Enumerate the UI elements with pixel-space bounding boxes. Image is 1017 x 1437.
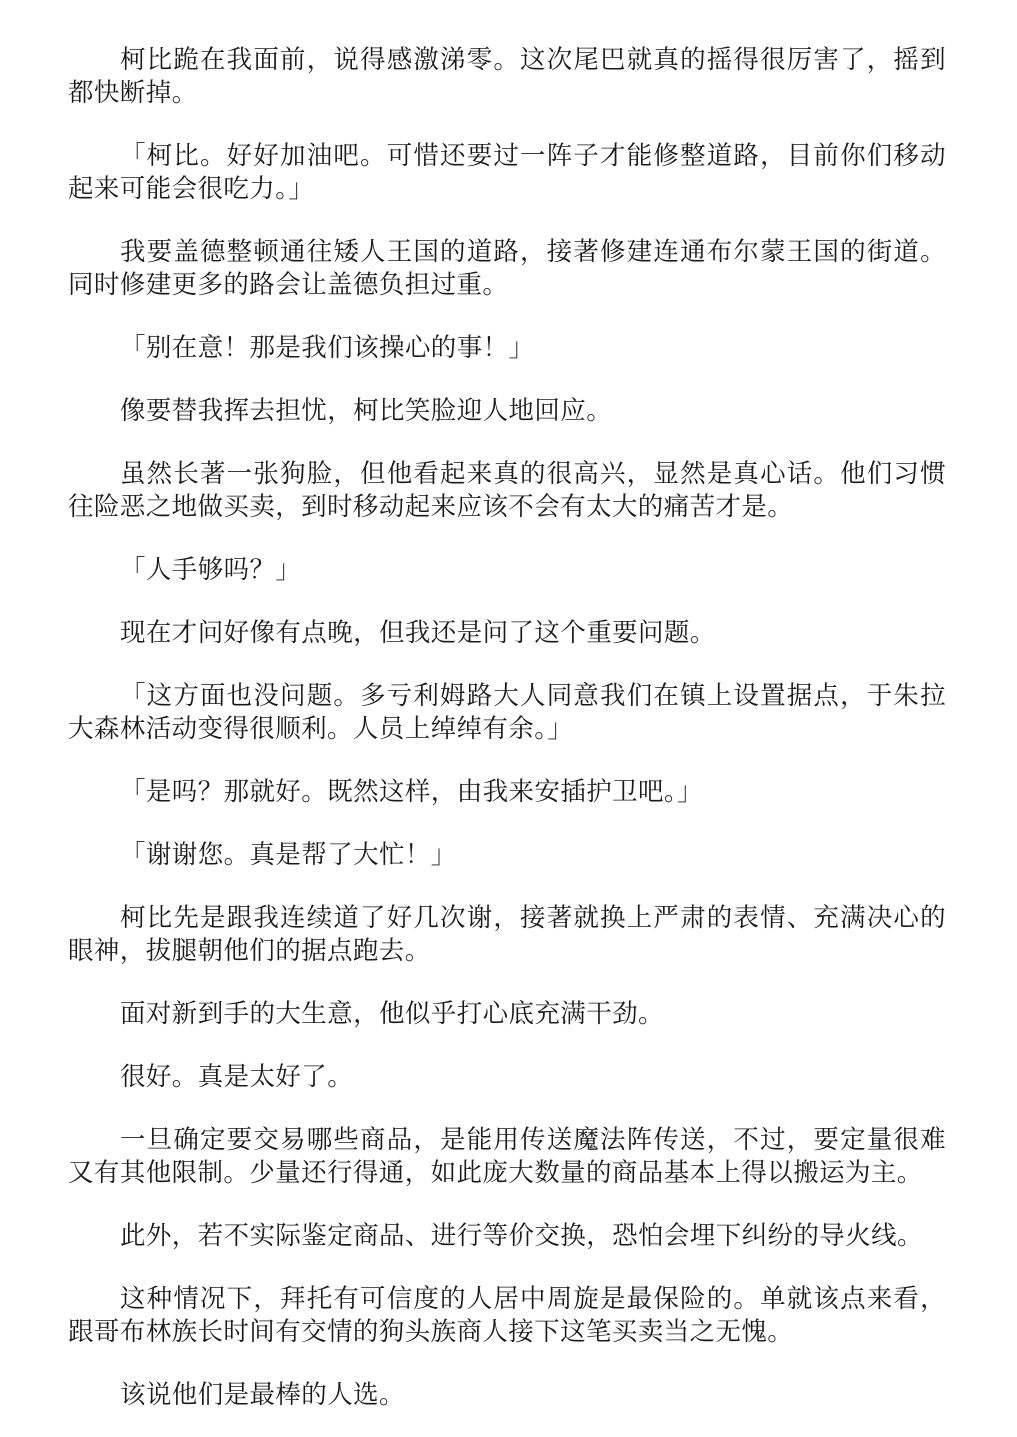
paragraph: 这种情况下，拜托有可信度的人居中周旋是最保险的。单就该点来看，跟哥布林族长时间有…	[68, 1283, 946, 1349]
paragraph: 柯比跪在我面前，说得感激涕零。这次尾巴就真的摇得很厉害了，摇到都快断掉。	[68, 44, 946, 110]
paragraph: 「柯比。好好加油吧。可惜还要过一阵子才能修整道路，目前你们移动起来可能会很吃力。…	[68, 140, 946, 206]
paragraph: 很好。真是太好了。	[68, 1061, 946, 1094]
paragraph: 虽然长著一张狗脸，但他看起来真的很高兴，显然是真心话。他们习惯往险恶之地做买卖，…	[68, 458, 946, 524]
paragraph: 「人手够吗？」	[68, 554, 946, 587]
paragraph: 像要替我挥去担忧，柯比笑脸迎人地回应。	[68, 395, 946, 428]
paragraph: 「别在意！那是我们该操心的事！」	[68, 332, 946, 365]
paragraph: 现在才问好像有点晚，但我还是问了这个重要问题。	[68, 617, 946, 650]
document-page: 柯比跪在我面前，说得感激涕零。这次尾巴就真的摇得很厉害了，摇到都快断掉。 「柯比…	[68, 44, 946, 1437]
paragraph: 「谢谢您。真是帮了大忙！」	[68, 839, 946, 872]
paragraph: 面对新到手的大生意，他似乎打心底充满干劲。	[68, 998, 946, 1031]
paragraph: 一旦确定要交易哪些商品，是能用传送魔法阵传送，不过，要定量很难又有其他限制。少量…	[68, 1124, 946, 1190]
paragraph: 「是吗？那就好。既然这样，由我来安插护卫吧。」	[68, 776, 946, 809]
paragraph: 「这方面也没问题。多亏利姆路大人同意我们在镇上设置据点，于朱拉大森林活动变得很顺…	[68, 680, 946, 746]
paragraph: 该说他们是最棒的人选。	[68, 1379, 946, 1412]
paragraph: 此外，若不实际鉴定商品、进行等价交换，恐怕会埋下纠纷的导火线。	[68, 1220, 946, 1253]
paragraph: 柯比先是跟我连续道了好几次谢，接著就换上严肃的表情、充满决心的眼神，拔腿朝他们的…	[68, 902, 946, 968]
paragraph: 我要盖德整顿通往矮人王国的道路，接著修建连通布尔蒙王国的街道。同时修建更多的路会…	[68, 236, 946, 302]
